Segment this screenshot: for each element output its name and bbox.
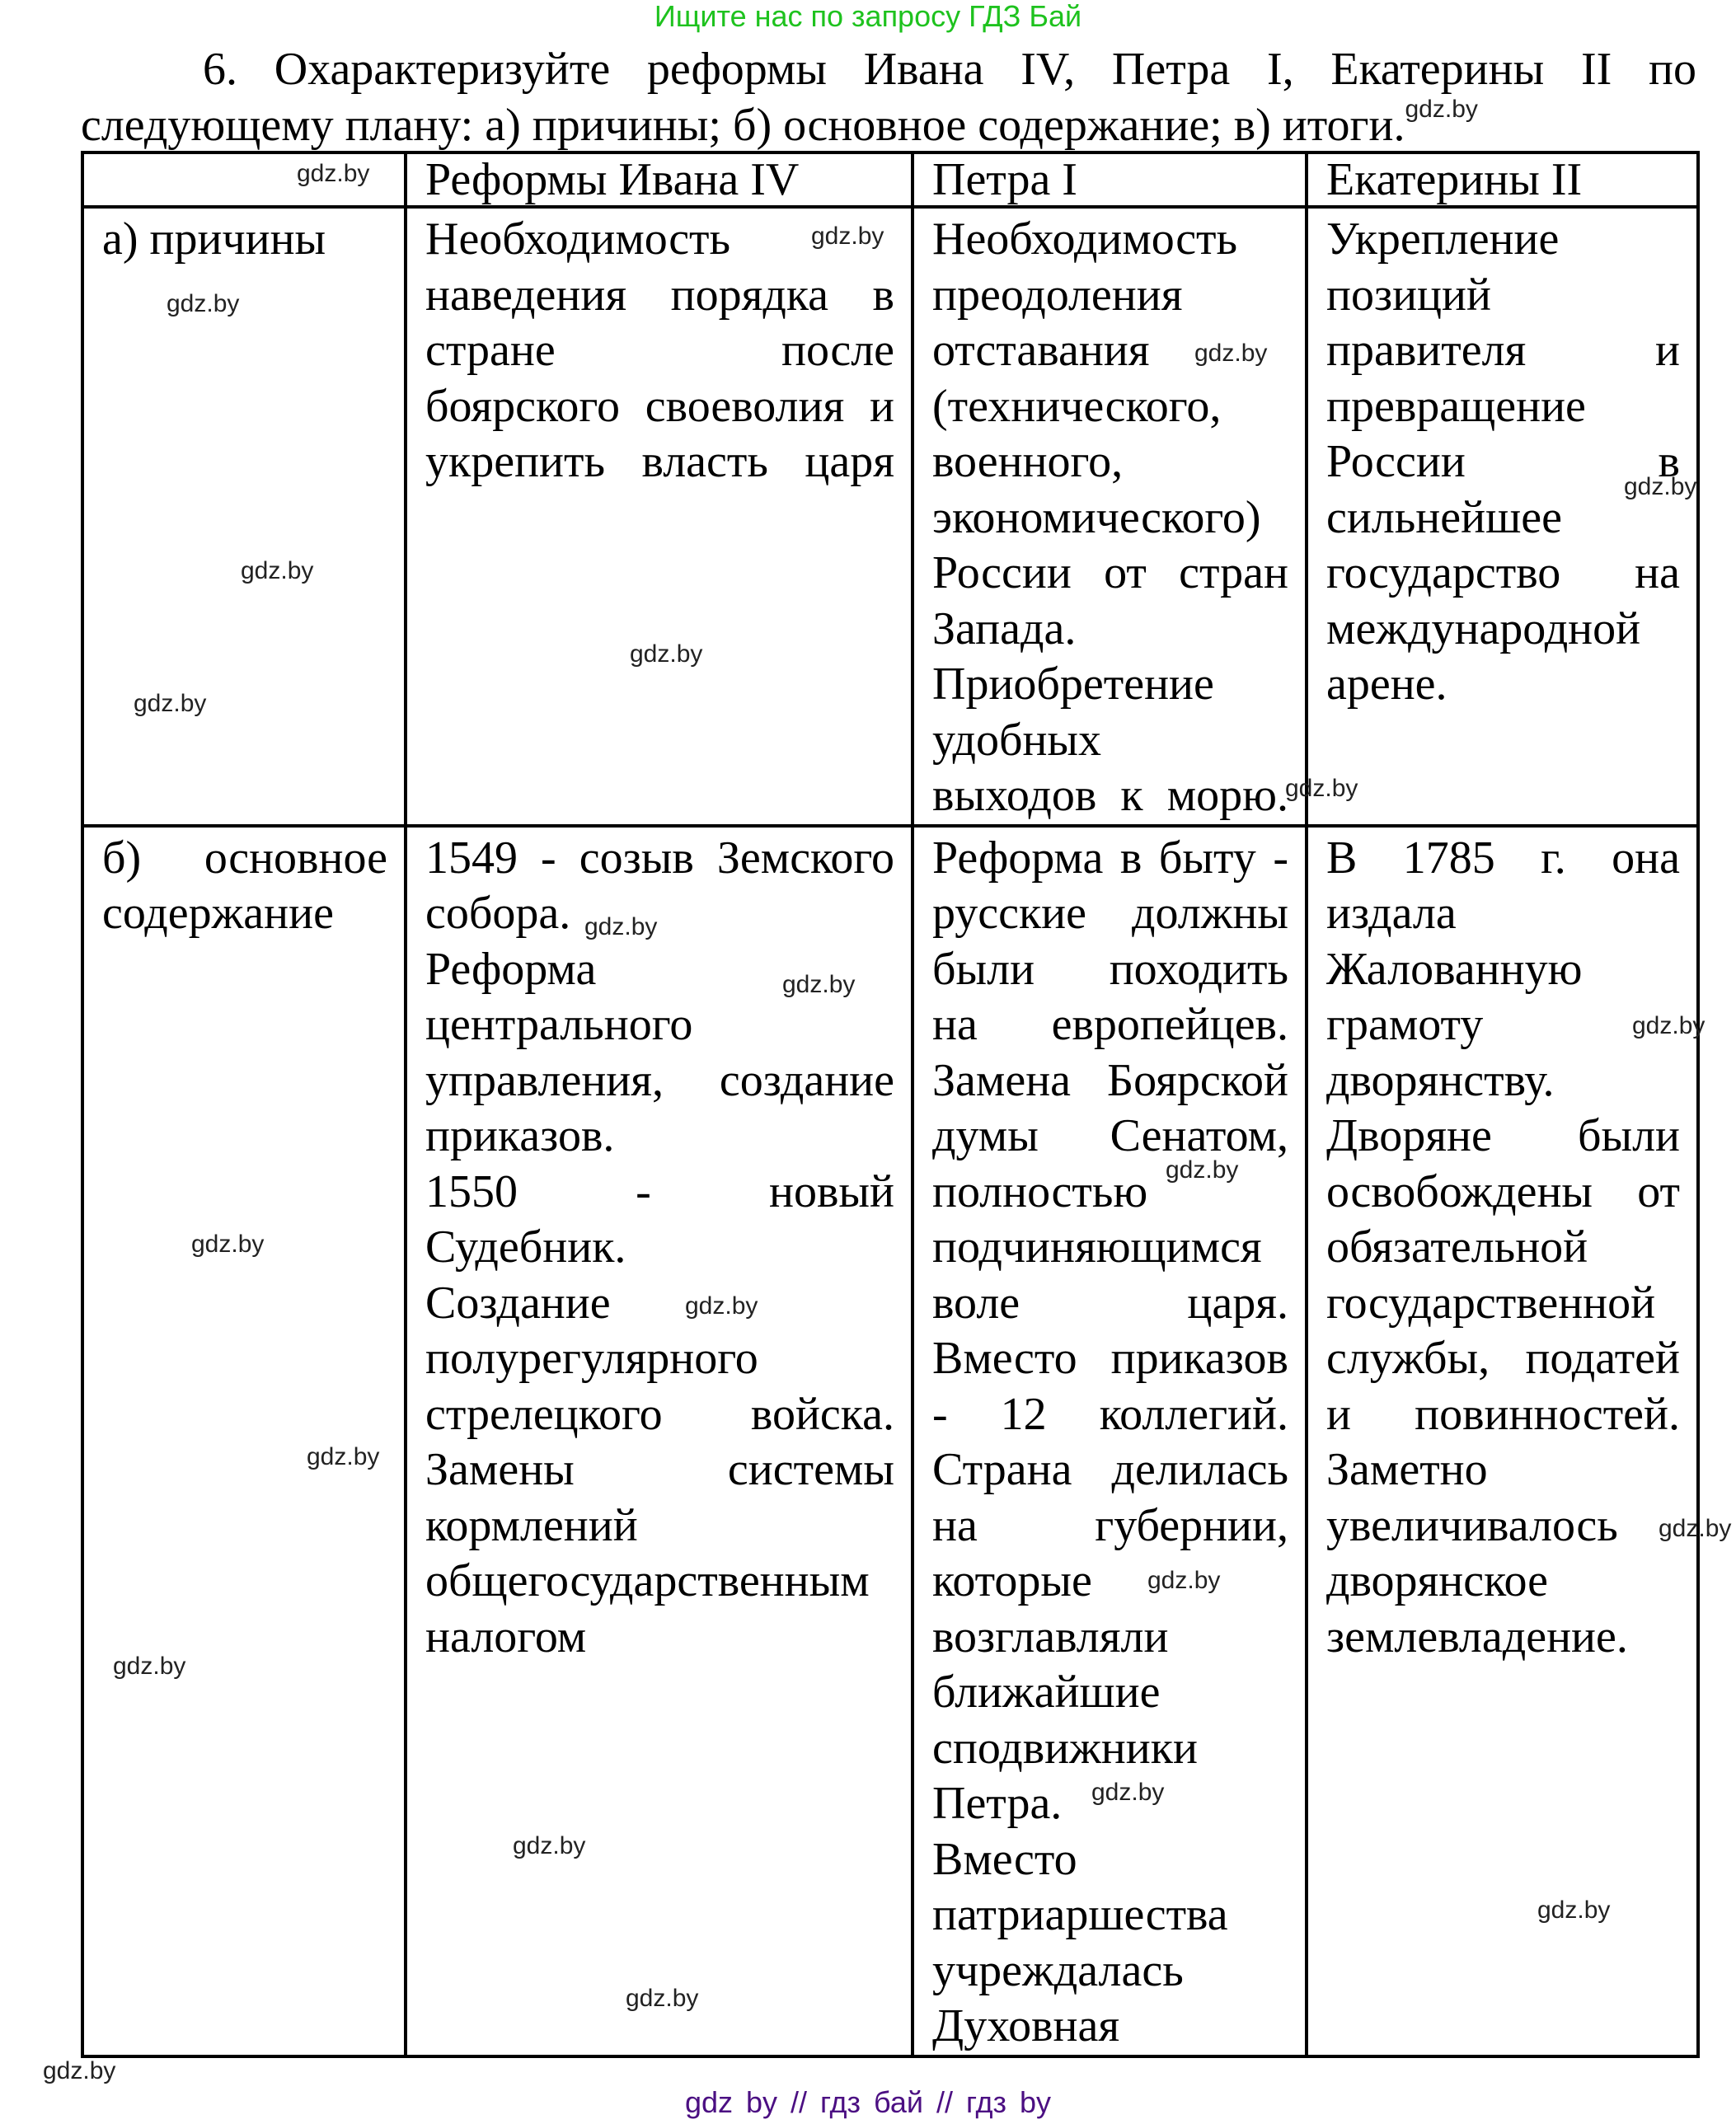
- task-text-line-2-content: следующему плану: а) причины; б) основно…: [81, 100, 1405, 151]
- cell-line: русские должны: [932, 886, 1288, 942]
- cell-line: Реформа в быту -: [932, 831, 1288, 887]
- watermark: gdz.by: [685, 1293, 758, 1320]
- cell-peter-causes: Необходимостьпреодоленияотставания(техни…: [913, 207, 1307, 826]
- cell-line: 1550 - новый: [425, 1165, 894, 1221]
- cell-line: учреждалась: [932, 1943, 1288, 2000]
- cell-line: Замены системы: [425, 1442, 894, 1498]
- cell-line: арене.: [1326, 657, 1680, 713]
- cell-line: стране после: [425, 323, 894, 379]
- search-banner: Ищите нас по запросу ГДЗ Бай: [0, 0, 1736, 33]
- header-ivan: Реформы Ивана IV: [406, 152, 913, 207]
- cell-line: которые: [932, 1554, 1288, 1610]
- watermark: gdz.by: [584, 914, 657, 940]
- cell-line: землевладение.: [1326, 1610, 1680, 1666]
- cell-line: укрепить власть царя: [425, 434, 894, 490]
- cell-line: превращение: [1326, 379, 1680, 435]
- watermark: gdz.by: [1147, 1568, 1220, 1594]
- watermark: gdz.by: [1659, 1516, 1731, 1542]
- cell-line: - 12 коллегий.: [932, 1387, 1288, 1443]
- watermark: gdz.by: [626, 1986, 698, 2012]
- cell-line: государство на: [1326, 546, 1680, 602]
- watermark: gdz.by: [1194, 340, 1267, 367]
- cell-line: дворянству.: [1326, 1053, 1680, 1109]
- watermark: gdz.by: [297, 161, 369, 187]
- cell-line: Страна делилась: [932, 1442, 1288, 1498]
- cell-line: службы, податей: [1326, 1331, 1680, 1387]
- watermark: gdz.by: [43, 2058, 115, 2084]
- cell-line: позиций: [1326, 268, 1680, 324]
- cell-line: боярского своеволия и: [425, 379, 894, 435]
- cell-line: патриаршества: [932, 1887, 1288, 1943]
- watermark: gdz.by: [1624, 474, 1696, 500]
- watermark: gdz.by: [307, 1444, 379, 1470]
- cell-line: собора.: [425, 886, 894, 942]
- watermark: gdz.by: [811, 223, 884, 250]
- cell-line: удобных: [932, 713, 1288, 769]
- cell-line: увеличивалось: [1326, 1498, 1680, 1554]
- cell-line: Запада.: [932, 602, 1288, 658]
- header-catherine: Екатерины II: [1307, 152, 1698, 207]
- watermark: gdz.by: [782, 972, 855, 998]
- cell-line: Дворяне были: [1326, 1109, 1680, 1165]
- watermark: gdz.by: [1405, 96, 1477, 123]
- cell-line: налогом: [425, 1610, 894, 1666]
- watermark: gdz.by: [630, 641, 702, 668]
- cell-line: освобождены от: [1326, 1165, 1680, 1221]
- cell-line: военного,: [932, 434, 1288, 490]
- row-label-content: б) основноесодержание gdz.by gdz.by gdz.…: [82, 826, 406, 2056]
- cell-peter-content: Реформа в быту -русские должныбыли поход…: [913, 826, 1307, 2056]
- cell-line: были походить: [932, 942, 1288, 998]
- cell-line: управления, создание: [425, 1053, 894, 1109]
- table-header-row: gdz.by Реформы Ивана IV Петра I Екатерин…: [82, 152, 1698, 207]
- cell-line: выходов к морю.: [932, 768, 1288, 824]
- watermark: gdz.by: [1632, 1013, 1705, 1039]
- cell-line: возглавляли: [932, 1610, 1288, 1666]
- cell-line: издала: [1326, 886, 1680, 942]
- cell-line: на губернии,: [932, 1498, 1288, 1554]
- table-row-causes: а) причины gdz.by gdz.by gdz.by Необходи…: [82, 207, 1698, 826]
- cell-line: Создание: [425, 1276, 894, 1332]
- cell-line: ближайшие: [932, 1665, 1288, 1721]
- cell-line: Укрепление: [1326, 212, 1680, 268]
- cell-line: (технического,: [932, 379, 1288, 435]
- table-row-content: б) основноесодержание gdz.by gdz.by gdz.…: [82, 826, 1698, 2056]
- cell-catherine-causes: Укреплениепозицийправителя ипревращениеР…: [1307, 207, 1698, 826]
- header-empty: gdz.by: [82, 152, 406, 207]
- cell-line: обязательной: [1326, 1220, 1680, 1276]
- cell-line: России от стран: [932, 546, 1288, 602]
- cell-line: полурегулярного: [425, 1331, 894, 1387]
- cell-line: воле царя.: [932, 1276, 1288, 1332]
- footer-links: gdz by // гдз бай // гдз by: [0, 2085, 1736, 2120]
- task-text-line-1: 6. Охарактеризуйте реформы Ивана IV, Пет…: [81, 41, 1696, 97]
- watermark: gdz.by: [1166, 1157, 1238, 1184]
- cell-line: кормлений: [425, 1498, 894, 1554]
- watermark: gdz.by: [1537, 1897, 1610, 1924]
- cell-line: Жалованную: [1326, 942, 1680, 998]
- cell-line: государственной: [1326, 1276, 1680, 1332]
- cell-line: Духовная: [932, 1999, 1288, 2055]
- cell-line: Замена Боярской: [932, 1053, 1288, 1109]
- cell-line: приказов.: [425, 1109, 894, 1165]
- cell-line: грамоту: [1326, 997, 1680, 1053]
- cell-line: центрального: [425, 997, 894, 1053]
- cell-catherine-content: В 1785 г. онаиздалаЖалованнуюграмотудвор…: [1307, 826, 1698, 2056]
- cell-line: Судебник.: [425, 1220, 894, 1276]
- cell-line: б) основное: [102, 831, 387, 887]
- cell-line: содержание: [102, 886, 387, 942]
- cell-line: Заметно: [1326, 1442, 1680, 1498]
- cell-line: преодоления: [932, 268, 1288, 324]
- cell-line: Вместо: [932, 1832, 1288, 1888]
- watermark: gdz.by: [167, 291, 239, 317]
- cell-line: правителя и: [1326, 323, 1680, 379]
- cell-line: экономического): [932, 490, 1288, 546]
- cell-line: стрелецкого войска.: [425, 1387, 894, 1443]
- cell-line: 1549 - созыв Земского: [425, 831, 894, 887]
- watermark: gdz.by: [241, 558, 313, 584]
- cell-line: и повинностей.: [1326, 1387, 1680, 1443]
- watermark: gdz.by: [513, 1833, 585, 1859]
- watermark: gdz.by: [191, 1231, 264, 1258]
- cell-line: сподвижники: [932, 1721, 1288, 1777]
- cell-ivan-content: 1549 - созыв Земскогособора.Реформацентр…: [406, 826, 913, 2056]
- watermark: gdz.by: [1091, 1779, 1164, 1806]
- cell-line: В 1785 г. она: [1326, 831, 1680, 887]
- cell-line: Приобретение: [932, 657, 1288, 713]
- cell-line: международной: [1326, 602, 1680, 658]
- cell-ivan-causes: Необходимостьнаведения порядка встране п…: [406, 207, 913, 826]
- cell-line: общегосударственным: [425, 1554, 894, 1610]
- row-label-causes: а) причины gdz.by gdz.by gdz.by: [82, 207, 406, 826]
- cell-line: Необходимость: [932, 212, 1288, 268]
- header-peter: Петра I: [913, 152, 1307, 207]
- cell-line: Вместо приказов: [932, 1331, 1288, 1387]
- cell-line: дворянское: [1326, 1554, 1680, 1610]
- cell-line: подчиняющимся: [932, 1220, 1288, 1276]
- watermark: gdz.by: [113, 1653, 185, 1680]
- cell-line: на европейцев.: [932, 997, 1288, 1053]
- cell-line: наведения порядка в: [425, 268, 894, 324]
- reforms-table: gdz.by Реформы Ивана IV Петра I Екатерин…: [81, 151, 1700, 2058]
- watermark: gdz.by: [134, 691, 206, 717]
